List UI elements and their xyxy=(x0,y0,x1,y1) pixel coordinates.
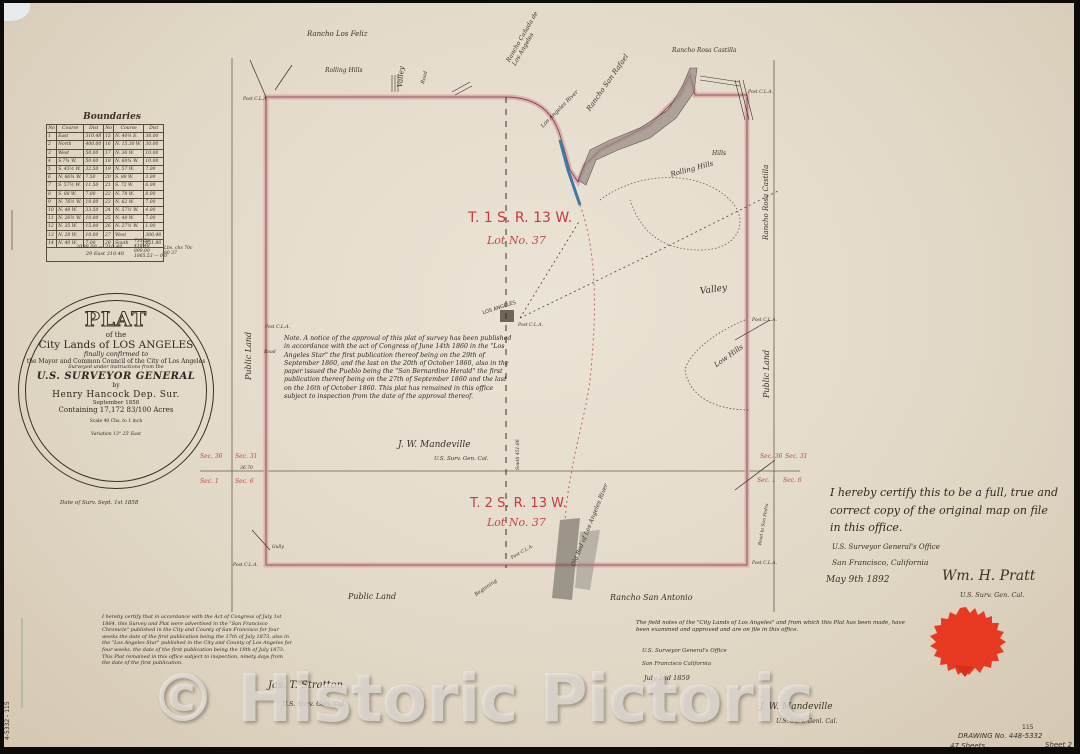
boundary-cell: 6.00 xyxy=(144,182,164,190)
boundary-cell: N. 60¾ W. xyxy=(114,157,144,165)
boundary-cell: N. 76½ W. xyxy=(57,198,84,206)
boundary-cell: 5 xyxy=(47,165,57,173)
boundary-cell: S.7¾ W. xyxy=(57,157,84,165)
boundary-cell: 18 xyxy=(104,157,114,165)
boundaries-title: Boundaries xyxy=(60,112,164,122)
label-post-ne: Post C.L.A. xyxy=(748,90,773,95)
col-header: Course xyxy=(114,125,144,133)
survey-note: Note. A notice of the approval of this p… xyxy=(284,335,516,401)
boundary-cell: N. 62 W. xyxy=(114,198,144,206)
boundary-cell: 8 xyxy=(47,190,57,198)
boundary-cell: N. 57½ W. xyxy=(114,206,144,214)
label-post-e: Post C.L.A. xyxy=(752,318,777,323)
boundary-cell: 38.00 xyxy=(144,133,164,141)
boundary-cell: 300.48 xyxy=(144,231,164,239)
boundary-row: 11N. 26½ W.10.0025N. 48 W.7.00 xyxy=(47,215,164,223)
boundary-cell: 10.00 xyxy=(144,157,164,165)
boundary-row: 13N. 28 W.10.0027West300.48 xyxy=(47,231,164,239)
label-rancho-los-feliz: Rancho Los Feliz xyxy=(307,30,367,38)
certification-office: U.S. Surveyor General's Office xyxy=(832,543,940,551)
boundary-cell: 3.00 xyxy=(144,174,164,182)
title-of-the: of the xyxy=(19,331,213,339)
title-variation: Variation 13° 25' East xyxy=(19,432,213,437)
boundary-cell: N. 36 W. xyxy=(114,149,144,157)
label-chain-west: 36.70 xyxy=(240,466,253,471)
label-rancho-rosa-castilla-north: Rancho Rosa Castilla xyxy=(672,47,737,54)
certification-signature-title: U.S. Surv. Gen. Cal. xyxy=(960,591,1024,599)
title-text: PLAT of the City Lands of LOS ANGELES fi… xyxy=(19,308,213,438)
boundary-cell: 16 xyxy=(104,141,114,149)
boundaries-totals-left: 2099.00 — 310.48 xyxy=(76,244,122,250)
boundary-cell: 7.00 xyxy=(144,165,164,173)
wax-seal-icon xyxy=(925,605,1007,677)
label-rancho-san-antonio: Rancho San Antonio xyxy=(610,593,693,602)
date-of-survey: Date of Surv. Sept. 1st 1858 xyxy=(60,500,138,506)
boundary-row: 5S. 45½ W.32.5019N. 57 W.7.00 xyxy=(47,165,164,173)
boundary-cell: 13 xyxy=(47,231,57,239)
sec-label: Sec. 36 xyxy=(760,453,782,460)
survey-note-signature: J. W. Mandeville xyxy=(398,440,471,450)
boundary-cell: 15 xyxy=(104,133,114,141)
title-scale: Scale 40 Chs. to 1 inch xyxy=(19,419,213,424)
label-rancho-rosa-castilla-east: Rancho Rosa Castilla xyxy=(762,165,770,240)
title-acreage: Containing 17,172 83/100 Acres xyxy=(19,406,213,414)
boundary-cell: 1.00 xyxy=(144,223,164,231)
col-header: Dist xyxy=(84,125,104,133)
notice-1873: I hereby certify that in accordance with… xyxy=(102,614,292,667)
township-label-north: T. 1 S. R. 13 W. xyxy=(468,210,572,226)
sec-label: Sec. 31 xyxy=(785,453,807,460)
boundary-cell: N. 48 W. xyxy=(114,215,144,223)
label-public-land-east: Public Land xyxy=(762,350,771,398)
boundary-cell: 6 xyxy=(47,174,57,182)
label-hills-east: Hills xyxy=(712,150,726,157)
sec-label: Sec. 6 xyxy=(235,478,254,485)
title-surveyor: Henry Hancock Dep. Sur. xyxy=(19,390,213,400)
boundary-cell: 7.00 xyxy=(144,198,164,206)
plat-heading: PLAT xyxy=(19,308,213,331)
field-notes: The field notes of the "City Lands of Lo… xyxy=(636,620,908,635)
label-post-sw: Post C.L.A. xyxy=(233,563,258,568)
boundary-cell: 50.00 xyxy=(84,149,104,157)
label-post-w: Post C.L.A. xyxy=(265,325,290,330)
boundary-cell: 12 xyxy=(47,223,57,231)
col-header: No xyxy=(47,125,57,133)
boundary-cell: North xyxy=(57,141,84,149)
margin-reference: 4-5332 - 115 xyxy=(4,701,11,740)
boundary-cell: 10 xyxy=(47,206,57,214)
title-authority: U.S. SURVEYOR GENERAL xyxy=(19,371,213,383)
certification-location: San Francisco, California xyxy=(832,558,928,567)
boundaries-aside: Lbs. chs 70c 60 37 xyxy=(164,246,194,256)
label-gully: Gully xyxy=(272,545,284,550)
boundary-cell: 50.00 xyxy=(84,157,104,165)
boundary-row: 10N. 48 W.33.5024N. 57½ W.4.00 xyxy=(47,206,164,214)
boundary-cell: 33.50 xyxy=(84,206,104,214)
label-line-south: South 451.86 xyxy=(516,439,521,470)
sec-label: Sec. 6 xyxy=(783,477,802,484)
label-post-nw: Post C.L.A. xyxy=(243,97,268,102)
boundary-cell: N. 86¾ W. xyxy=(57,174,84,182)
drawing-sheets: 47 Sheets xyxy=(950,742,985,750)
label-road-west: Road xyxy=(264,350,276,355)
boundary-row: 1East310.4815N. 40½ E.38.00 xyxy=(47,133,164,141)
boundary-cell: 7 xyxy=(47,182,57,190)
boundary-cell: 2 xyxy=(47,141,57,149)
title-cartouche: PLAT of the City Lands of LOS ANGELES fi… xyxy=(18,293,214,489)
sec-label: Sec. 1 xyxy=(757,477,776,484)
boundary-cell: 15.00 xyxy=(84,223,104,231)
boundary-row: 3West50.0017N. 36 W.10.00 xyxy=(47,149,164,157)
boundary-cell: N. 57 W. xyxy=(114,165,144,173)
col-header: No xyxy=(104,125,114,133)
boundary-row: 2North400.0016N. 15.30 W.30.00 xyxy=(47,141,164,149)
boundary-cell: N. 27½ W. xyxy=(114,223,144,231)
boundary-cell: 11.50 xyxy=(84,182,104,190)
boundary-cell: N. 15.30 W. xyxy=(114,141,144,149)
map-viewer: Boundaries No Course Dist No Course Dist… xyxy=(0,0,1080,754)
lot-label-south: Lot No. 37 xyxy=(487,516,546,529)
boundary-cell: 4 xyxy=(47,157,57,165)
boundary-cell: 23 xyxy=(104,198,114,206)
title-by: by xyxy=(19,383,213,390)
boundary-cell: 30.00 xyxy=(144,141,164,149)
boundary-row: 12N. 35 W.15.0026N. 27½ W.1.00 xyxy=(47,223,164,231)
boundary-cell: S. 88 W. xyxy=(114,174,144,182)
boundary-cell: 10.00 xyxy=(84,231,104,239)
certification-date: May 9th 1892 xyxy=(826,575,889,585)
boundary-cell: 4.00 xyxy=(144,206,164,214)
boundary-cell: West xyxy=(114,231,144,239)
boundary-cell: N. 28 W. xyxy=(57,231,84,239)
township-label-south: T. 2 S. R. 13 W. xyxy=(470,496,567,511)
label-post-se: Post C.L.A. xyxy=(752,561,777,566)
sec-label: Sec. 1 xyxy=(200,478,219,485)
watermark: © Historic Pictoric xyxy=(150,660,813,737)
boundary-row: 4S.7¾ W.50.0018N. 60¾ W.10.00 xyxy=(47,157,164,165)
boundary-cell: 22 xyxy=(104,190,114,198)
boundary-cell: 10.00 xyxy=(84,198,104,206)
boundary-cell: 24 xyxy=(104,206,114,214)
boundary-cell: 7.00 xyxy=(84,190,104,198)
boundary-cell: 8.00 xyxy=(144,190,164,198)
boundary-cell: East xyxy=(57,133,84,141)
boundary-cell: S. 45½ W. xyxy=(57,165,84,173)
boundary-row: 9N. 76½ W.10.0023N. 62 W.7.00 xyxy=(47,198,164,206)
boundaries-totals-right: 735.53 418.48 899.00 1865.53 — 0.0 xyxy=(134,240,167,260)
boundary-cell: 21 xyxy=(104,182,114,190)
sec-label: Sec. 31 xyxy=(235,453,257,460)
field-notes-office: U.S. Surveyor General's Office xyxy=(642,648,727,654)
boundary-cell: N. 26½ W. xyxy=(57,215,84,223)
label-post-center: Post C.L.A. xyxy=(518,323,543,328)
drawing-sheet-number: Sheet 2 xyxy=(1045,741,1072,749)
boundaries-rows: 1East310.4815N. 40½ E.38.002North400.001… xyxy=(47,133,164,248)
certification-text: I hereby certify this to be a full, true… xyxy=(830,484,1060,537)
boundary-cell: N. 40½ E. xyxy=(114,133,144,141)
sec-label: Sec. 36 xyxy=(200,453,222,460)
boundary-cell: S. 72 W. xyxy=(114,182,144,190)
boundary-row: 6N. 86¾ W.7.5020S. 88 W.3.00 xyxy=(47,174,164,182)
boundary-cell: 25 xyxy=(104,215,114,223)
boundary-cell: 14 xyxy=(47,239,57,247)
boundary-cell: N. 78 W. xyxy=(114,190,144,198)
certification-signature: Wm. H. Pratt xyxy=(942,568,1035,584)
boundary-cell: 17 xyxy=(104,149,114,157)
drawing-number-top: 115 xyxy=(1022,724,1033,731)
boundary-cell: 9 xyxy=(47,198,57,206)
boundary-cell: S. 57½ W. xyxy=(57,182,84,190)
boundary-cell: 400.00 xyxy=(84,141,104,149)
boundaries-table: Boundaries No Course Dist No Course Dist… xyxy=(46,112,164,262)
boundary-cell: 7.50 xyxy=(84,174,104,182)
total-line: 1865.53 — 0.0 xyxy=(134,255,167,260)
boundary-cell: N. 35 W. xyxy=(57,223,84,231)
label-public-land-west: Public Land xyxy=(244,332,253,380)
boundary-cell: 10.00 xyxy=(84,215,104,223)
boundary-cell: 20 xyxy=(104,174,114,182)
survey-note-signature-title: U.S. Surv. Gen. Cal. xyxy=(434,456,489,462)
col-header: Course xyxy=(57,125,84,133)
boundary-row: 8S. 88 W.7.0022N. 78 W.8.00 xyxy=(47,190,164,198)
boundary-row: 7S. 57½ W.11.5021S. 72 W.6.00 xyxy=(47,182,164,190)
boundary-cell: 10.00 xyxy=(144,149,164,157)
boundary-cell: S. 88 W. xyxy=(57,190,84,198)
boundary-cell: 32.50 xyxy=(84,165,104,173)
boundary-cell: 310.48 xyxy=(84,133,104,141)
boundary-cell: 26 xyxy=(104,223,114,231)
boundary-cell: 7.00 xyxy=(144,215,164,223)
boundary-cell: 1 xyxy=(47,133,57,141)
boundary-cell: 11 xyxy=(47,215,57,223)
boundary-cell: 19 xyxy=(104,165,114,173)
label-public-land-south: Public Land xyxy=(348,592,396,601)
lot-label-north: Lot No. 37 xyxy=(487,234,546,247)
drawing-number-label: DRAWING No. 448-5332 xyxy=(958,732,1042,740)
label-rolling-hills-north: Rolling Hills xyxy=(325,67,363,74)
boundary-cell: West xyxy=(57,149,84,157)
col-header: Dist xyxy=(144,125,164,133)
boundary-cell: 27 xyxy=(104,231,114,239)
boundary-cell: 3 xyxy=(47,149,57,157)
boundary-cell: N. 48 W. xyxy=(57,206,84,214)
